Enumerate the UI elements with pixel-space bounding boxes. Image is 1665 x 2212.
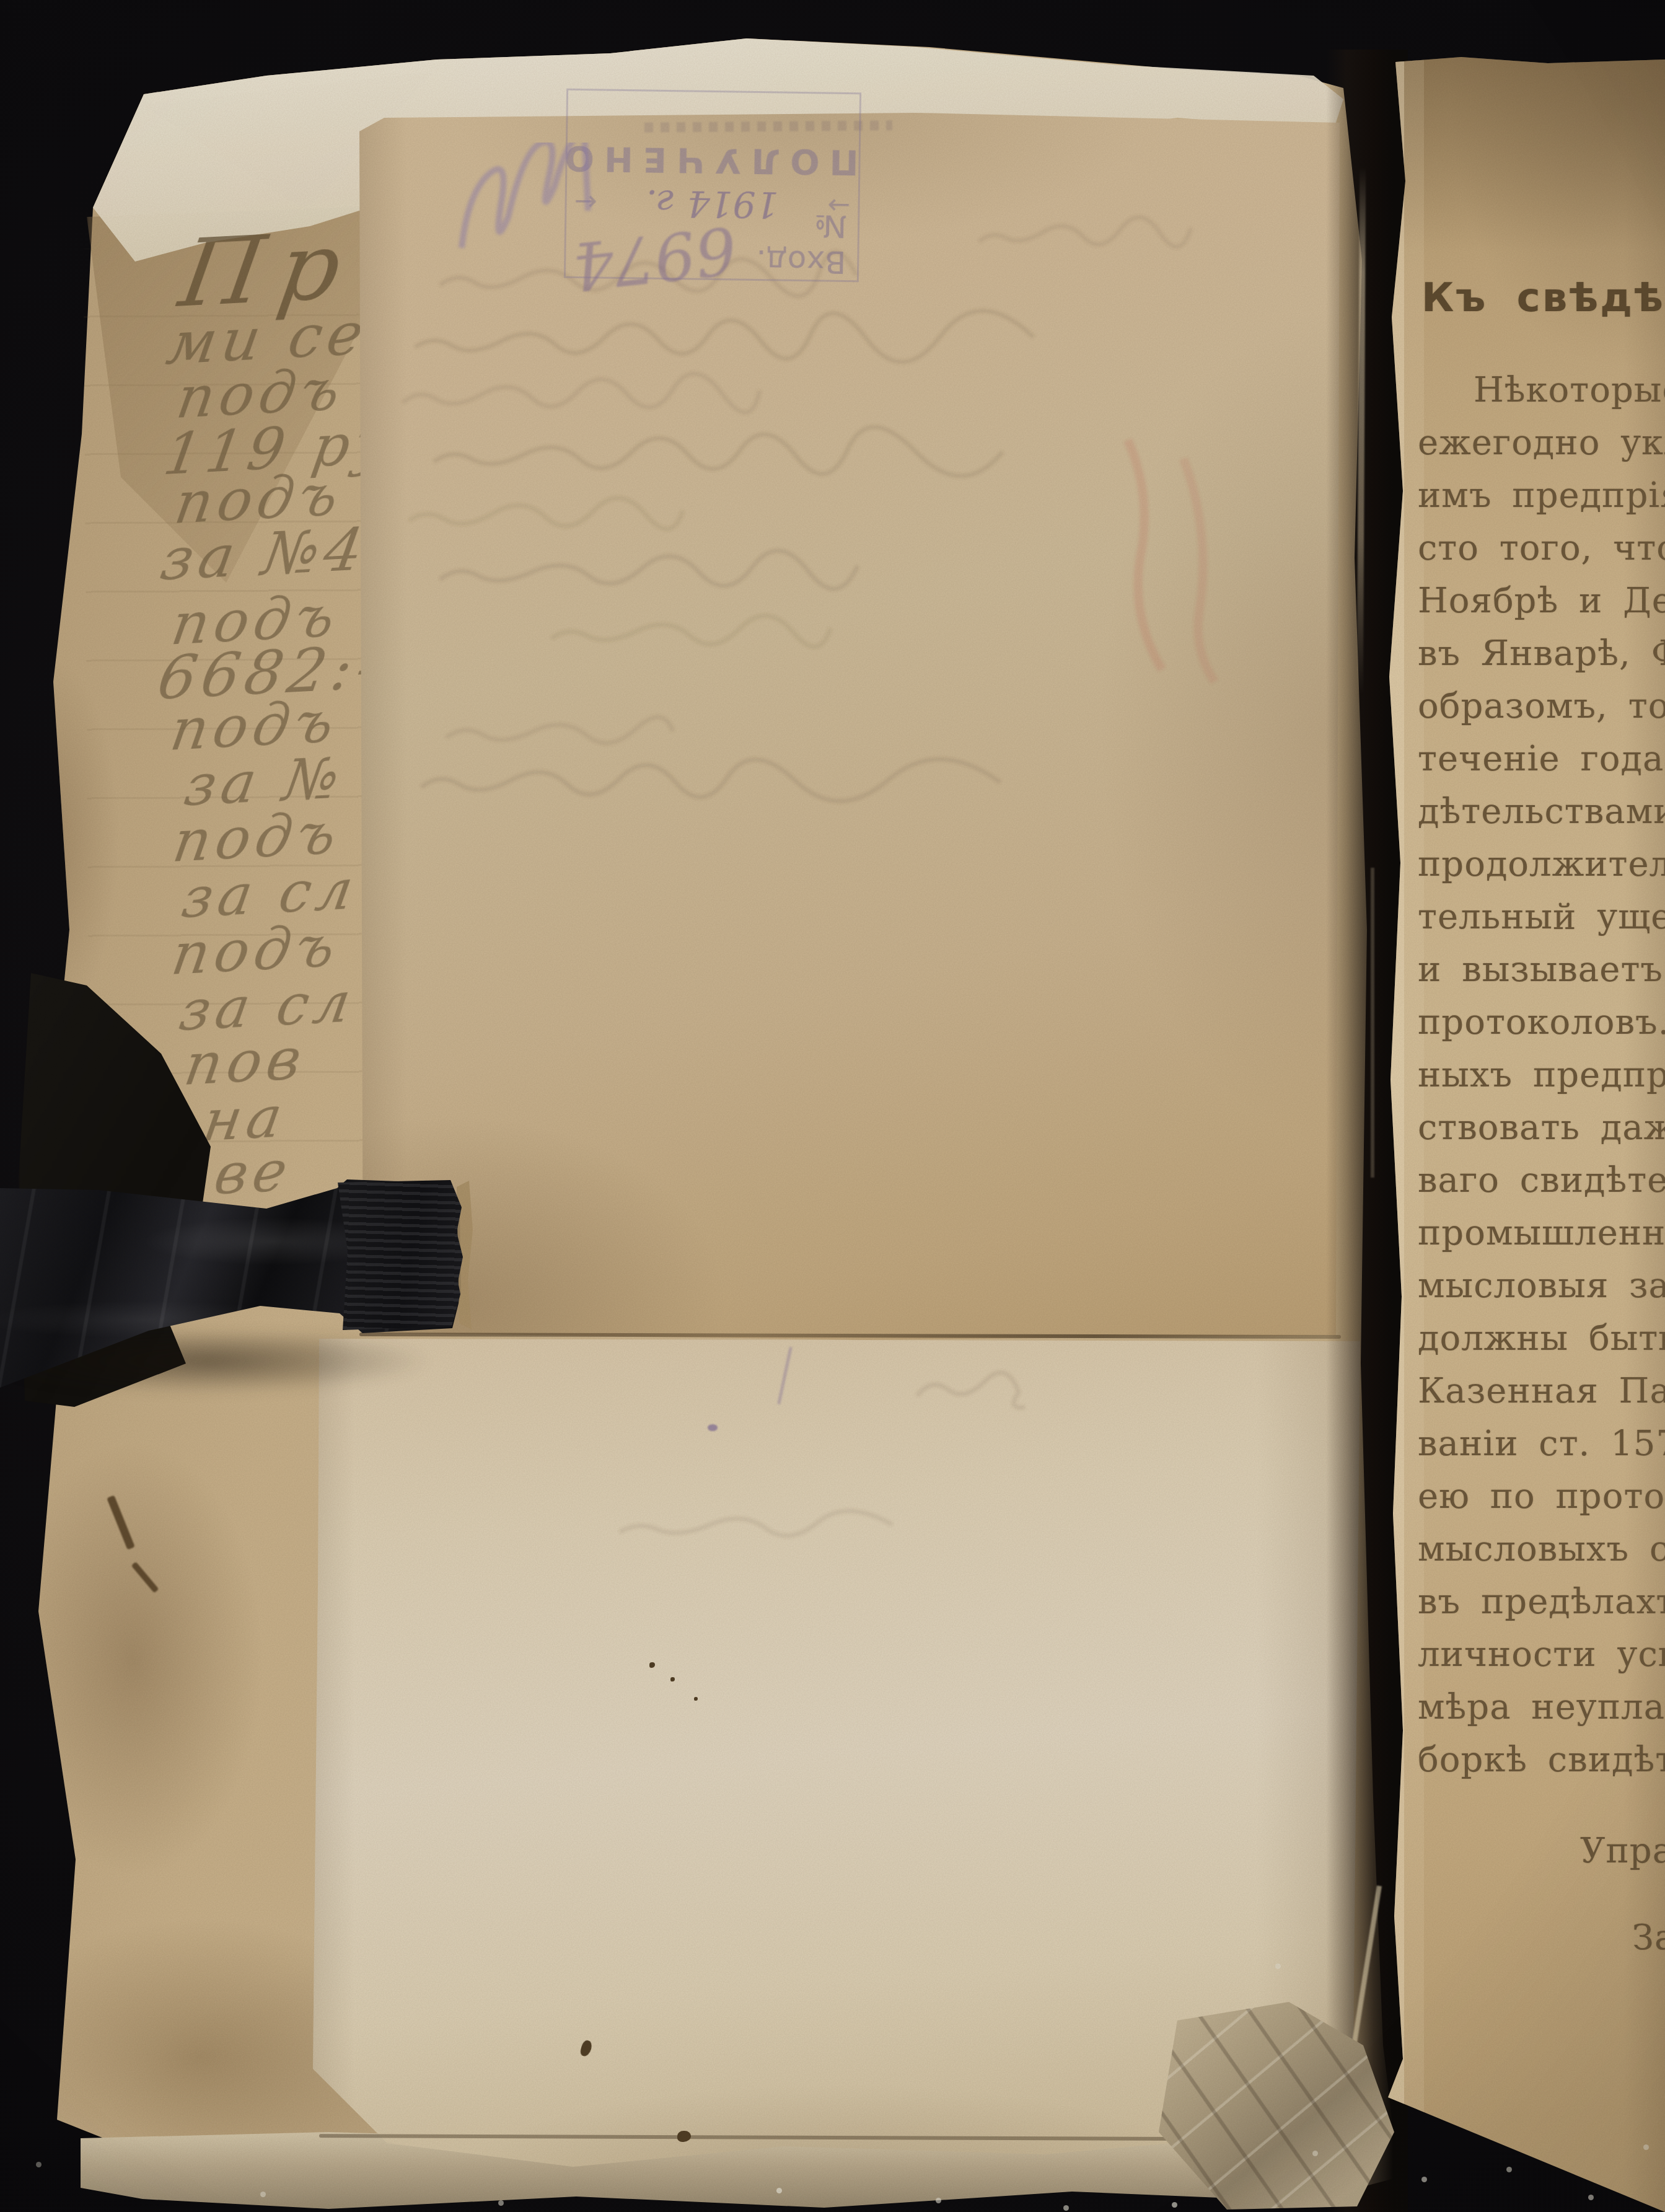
print-line: ею по протокола [1418,1476,1665,1517]
print-closing-line: За [1632,1918,1665,1958]
print-line: Нѣкоторые вл [1474,370,1665,410]
print-header: Къ свѣдѣнію вл [1421,275,1665,321]
print-line: ваніи ст. 157 По [1418,1424,1665,1464]
print-line: и вызываетъ не [1418,950,1665,990]
handwriting-line: за №4 [156,515,373,594]
stamp-date: 1914 г. [646,182,779,226]
stamp-entry-number: 6974 [569,219,739,295]
red-pencil-marks [1097,403,1283,694]
print-line: образомъ, торгов [1418,686,1665,726]
print-line: мысловыя занятія [1418,1266,1665,1306]
print-line: мѣра неуплаченн [1418,1687,1665,1727]
dust-specks [0,0,3,3]
stamp-date-row: → 1914 г. ← [566,181,858,227]
right-printed-page: Къ свѣдѣнію вл Нѣкоторые влежегодно укло… [1387,57,1665,2212]
print-line: дѣтельствами не [1418,791,1665,832]
received-stamp: Вход. № 6974 → 1914 г. ← ПОЛУЧЕНО [564,89,861,283]
print-line: въ Январѣ, Февр [1418,633,1665,674]
purple-pencil-scribble [446,143,595,279]
print-line: личности усилив [1418,1634,1665,1675]
print-line: имъ предпріятія [1418,475,1665,516]
right-page-text: Къ свѣдѣнію вл Нѣкоторые влежегодно укло… [1387,57,1665,2212]
print-line: Ноябрѣ и Дека [1418,581,1665,621]
print-line: промышленныя и [1418,1213,1665,1253]
print-line: протоколовъ. Нап [1418,1002,1665,1042]
print-line: въ предѣлахъ, п [1418,1582,1665,1622]
print-line: ныхъ предпріятій [1418,1055,1665,1095]
print-line: ежегодно уклоня [1418,423,1665,463]
print-line: ствовать даже са [1418,1108,1665,1148]
ink-dot-purple [708,1424,718,1431]
print-line: сто того, чтобы [1418,528,1665,568]
stamp-received-label: ПОЛУЧЕНО [567,138,859,183]
print-line: ваго свидѣтельст [1418,1160,1665,1201]
ghost-handwriting-bleedthrough [347,155,1369,1611]
print-line: продолжительное [1418,844,1665,884]
print-line: теченіе года, нер [1418,739,1665,779]
print-closing-line: Управл [1580,1831,1665,1871]
gutter-torn-sliver [1371,868,1374,1178]
print-line: должны быть вз [1418,1318,1665,1359]
archival-document-photo: Прими сеподъ119 руб.подъза №4подъ к6682:… [0,0,1665,2212]
print-line: мысловыхъ свид [1418,1529,1665,1569]
stamp-arrow-icon: → [827,190,851,222]
print-line: тельный ущербъ [1418,897,1665,937]
strip-taped-end [338,1176,468,1337]
print-line: Казенная Палата [1418,1371,1665,1411]
print-line: боркѣ свидѣтель [1418,1740,1665,1780]
